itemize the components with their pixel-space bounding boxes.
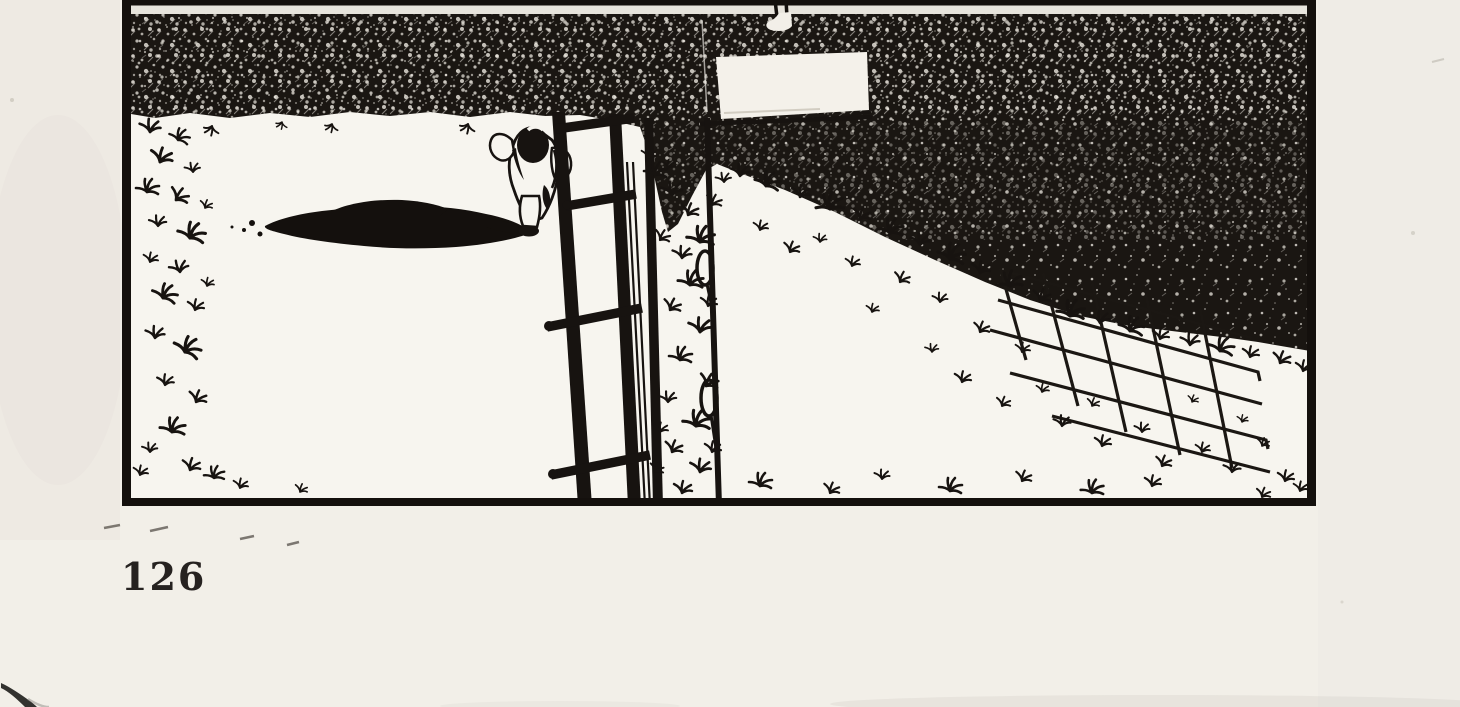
page-artwork: 126: [0, 0, 1460, 707]
scanned-comic-page: 126: [0, 0, 1460, 707]
page-number: 126: [121, 554, 206, 599]
manga-panel: [122, 0, 1316, 506]
gutter-band: [131, 6, 1307, 15]
upper-panel-border-remnant: [122, 0, 1316, 6]
